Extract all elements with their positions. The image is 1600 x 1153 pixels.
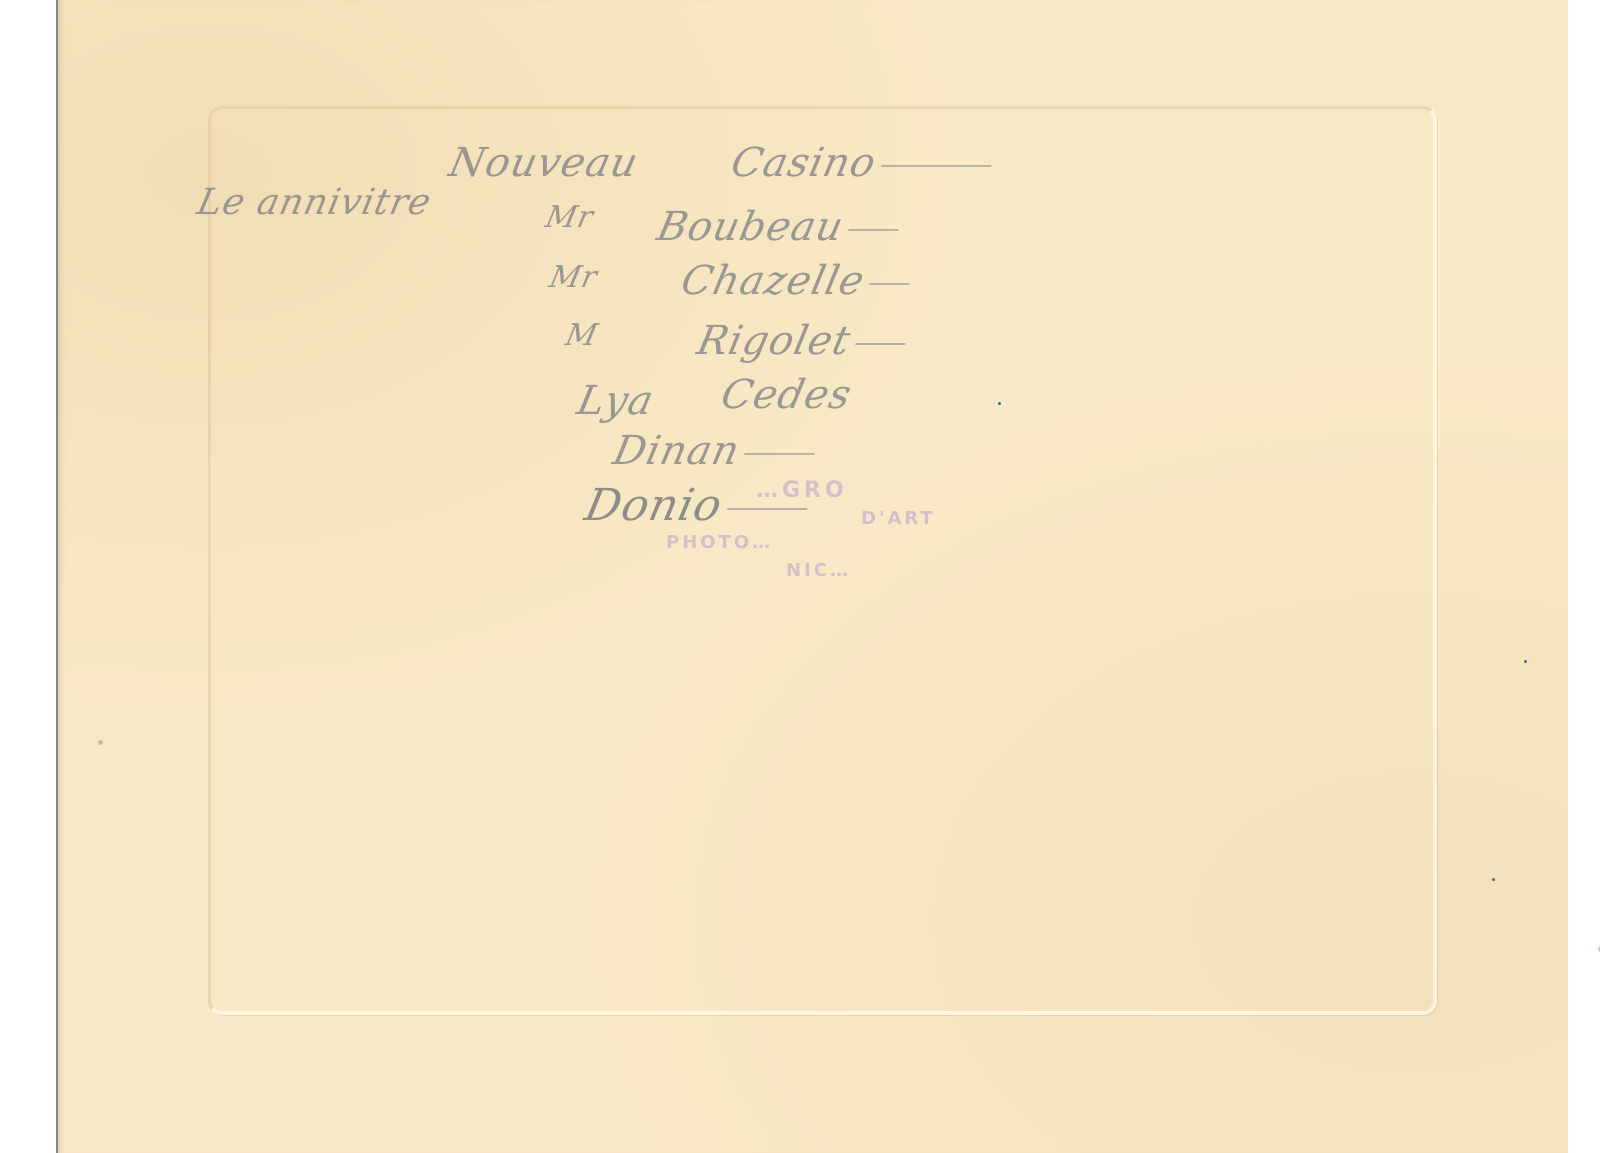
scanned-photo-back: Le annivitre Nouveau Casino Mr Boubeau M… xyxy=(0,0,1600,1153)
stamp-line-2-left: PHOTO… xyxy=(666,532,773,553)
ink-speck xyxy=(998,402,1001,405)
inscription-header-left: Nouveau xyxy=(445,140,643,186)
inscription-left-label: Le annivitre xyxy=(194,182,436,223)
name-2: Chazelle xyxy=(677,258,869,304)
inscription-header-right-line: Casino xyxy=(727,140,996,186)
name-prefix-1: Mr xyxy=(542,200,597,235)
name-line-1: Boubeau xyxy=(653,204,904,250)
name-4: Cedes xyxy=(717,372,856,418)
name-1: Boubeau xyxy=(653,204,848,250)
name-3: Rigolet xyxy=(693,318,855,364)
pencil-dash xyxy=(869,283,909,285)
name-line-5: Dinan xyxy=(609,428,820,474)
pencil-dash xyxy=(881,165,991,167)
photographer-stamp: …GRO D'ART PHOTO… NIC… xyxy=(656,478,956,588)
stamp-line-2-right: D'ART xyxy=(861,508,936,529)
ink-speck xyxy=(1524,660,1527,663)
pencil-dash xyxy=(855,343,905,345)
foxing-spot xyxy=(98,740,103,745)
pencil-dash xyxy=(744,453,814,455)
name-line-2: Chazelle xyxy=(677,258,915,304)
ink-speck xyxy=(1492,878,1495,881)
name-5: Dinan xyxy=(609,428,744,474)
stamp-line-1: …GRO xyxy=(756,478,848,503)
inscription-header-right: Casino xyxy=(727,140,880,186)
stamp-line-3: NIC… xyxy=(786,560,851,581)
name-line-3: Rigolet xyxy=(693,318,911,364)
name-prefix-2: Mr xyxy=(546,260,601,295)
photo-mount-card: Le annivitre Nouveau Casino Mr Boubeau M… xyxy=(56,0,1568,1153)
pencil-dash xyxy=(848,229,898,231)
name-prefix-4: Lya xyxy=(573,378,658,424)
